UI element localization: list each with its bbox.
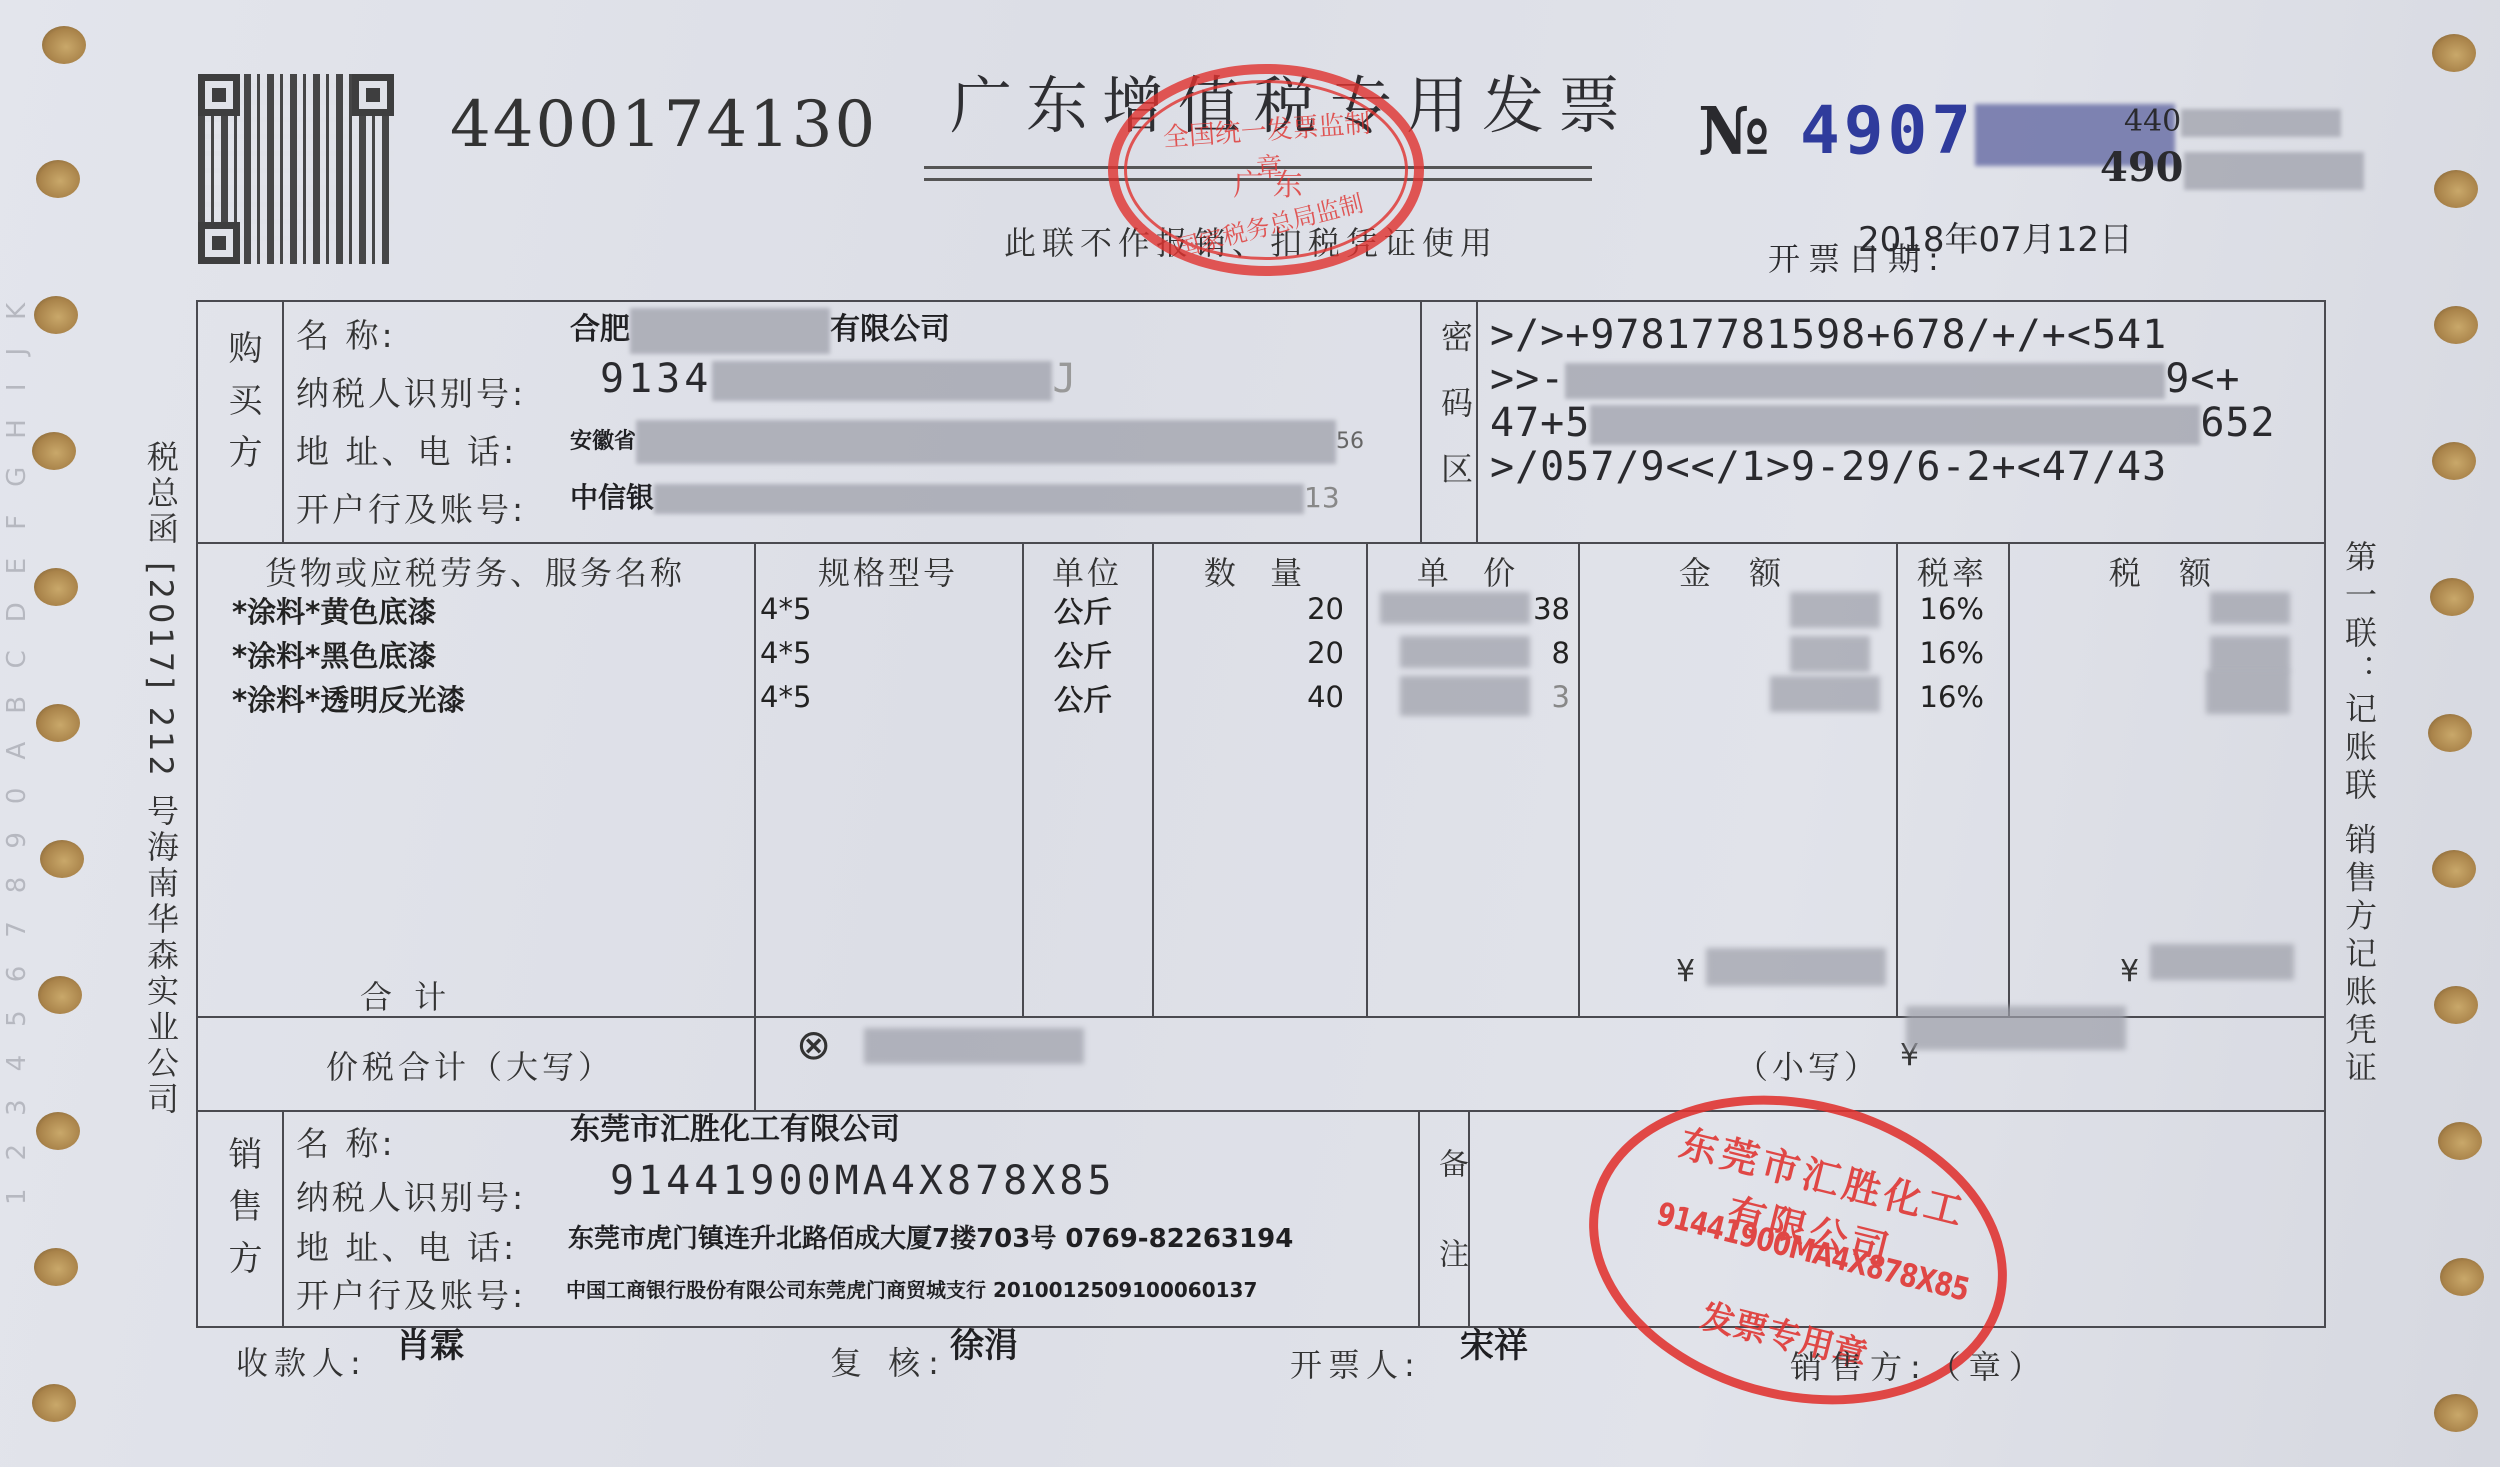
- col-header-tax-amount: 税 额: [2008, 548, 2326, 594]
- cipher-section-label: 密码区: [1432, 320, 1478, 518]
- seller-section-label: 销售方: [218, 1136, 267, 1292]
- tax-total-currency: ¥: [2120, 954, 2139, 989]
- supervision-stamp: 全国统一发票监制章 广 东 国家税务总局监制: [1108, 64, 1424, 276]
- buyer-bank: 中信银13: [570, 476, 1340, 516]
- seller-tax-id: 91441900MA4X878X85: [610, 1158, 1115, 1204]
- invoice-date: 2018年07月12日: [1858, 212, 2133, 261]
- payee-name: 肖霖: [396, 1318, 464, 1367]
- small-invoice-code: 440: [2124, 104, 2341, 139]
- seller-address: 东莞市虎门镇连升北路佰成大厦7搂703号 0769-82263194: [568, 1218, 1293, 1255]
- small-invoice-number: 490: [2100, 144, 2364, 191]
- number-sign: №: [1698, 92, 1770, 170]
- seller-name-label: 名 称:: [296, 1118, 396, 1165]
- cipher-line-1: >/>+97817781598+678/+/+<541: [1490, 312, 2167, 358]
- reviewer-label: 复 核:: [830, 1338, 947, 1384]
- buyer-name: 合肥有限公司: [570, 304, 950, 354]
- reviewer-name: 徐涓: [950, 1318, 1018, 1367]
- cipher-line-4: >/057/9<</1>9-29/6-2+<47/43: [1490, 444, 2167, 490]
- issuer-label: 开票人:: [1290, 1340, 1421, 1386]
- buyer-address-label: 地 址、电 话:: [296, 426, 517, 473]
- invoice-code: 4400174130: [450, 88, 877, 162]
- col-header-tax-rate: 税率: [1896, 548, 2008, 594]
- seller-name: 东莞市汇胜化工有限公司: [570, 1104, 900, 1148]
- seller-bank: 中国工商银行股份有限公司东莞虎门商贸城支行 201001250910006013…: [566, 1274, 1257, 1303]
- left-side-note: 税总函 [2017] 212 号海南华森实业公司: [138, 440, 184, 1118]
- cipher-line-2: >>-9<+: [1490, 356, 2241, 402]
- buyer-address: 安徽省56: [570, 420, 1364, 464]
- seller-seal-label: 销售方:（章）: [1790, 1342, 2049, 1388]
- seller-address-label: 地 址、电 话:: [296, 1222, 517, 1269]
- buyer-tax-id: 9134J: [600, 356, 1080, 402]
- invoice-paper: 1234567890ABCDEFGHIJK 4400174130 广东增值税专用…: [0, 0, 2500, 1467]
- edge-alignment-letters: 1234567890ABCDEFGHIJK: [2, 40, 30, 1440]
- right-side-note: 第一联：记账联 销售方记账凭证: [2336, 540, 2382, 1088]
- grand-total-label: 价税合计（大写）: [326, 1042, 614, 1088]
- col-header-amount: 金 额: [1578, 548, 1896, 594]
- amount-total-currency: ¥: [1676, 954, 1695, 989]
- buyer-bank-label: 开户行及账号:: [296, 484, 526, 531]
- issuer-name: 宋祥: [1460, 1318, 1528, 1367]
- qr-code: [198, 74, 394, 264]
- col-header-qty: 数 量: [1152, 548, 1366, 594]
- remarks-label: 备注: [1428, 1148, 1472, 1328]
- col-header-spec: 规格型号: [754, 548, 1022, 594]
- grand-total-small-label: （小写）: [1736, 1042, 1880, 1088]
- col-header-unit: 单位: [1022, 548, 1152, 594]
- buyer-tax-id-label: 纳税人识别号:: [296, 368, 526, 415]
- col-header-price: 单 价: [1366, 548, 1578, 594]
- total-label: 合 计: [360, 972, 452, 1018]
- seller-tax-id-label: 纳税人识别号:: [296, 1172, 526, 1219]
- col-header-name: 货物或应税劳务、服务名称: [196, 548, 754, 594]
- circle-x-icon: ⊗: [796, 1020, 831, 1069]
- cipher-line-3: 47+5652: [1490, 400, 2276, 446]
- seller-bank-label: 开户行及账号:: [296, 1270, 526, 1317]
- buyer-section-label: 购买方: [218, 330, 267, 486]
- payee-label: 收款人:: [236, 1338, 367, 1384]
- buyer-name-label: 名 称:: [296, 310, 396, 357]
